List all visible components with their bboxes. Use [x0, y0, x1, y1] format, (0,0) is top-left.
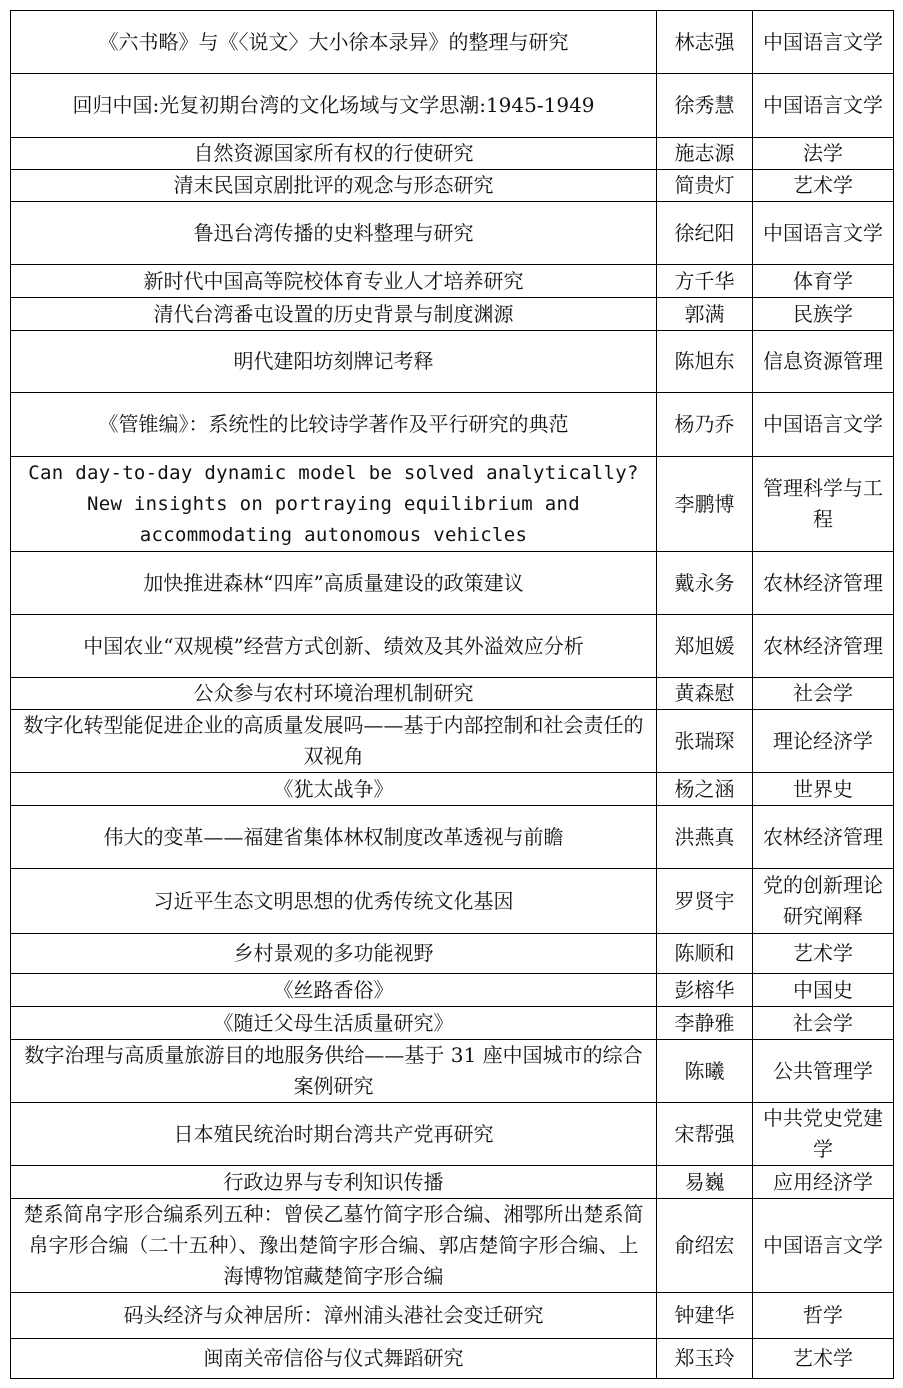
discipline-cell: 党的创新理论研究阐释: [753, 869, 894, 934]
project-title-cell: 《管锥编》：系统性的比较诗学著作及平行研究的典范: [11, 393, 657, 457]
author-cell: 李鹏博: [657, 457, 753, 552]
project-title-cell: 鲁迅台湾传播的史料整理与研究: [11, 202, 657, 265]
discipline-cell: 信息资源管理: [753, 331, 894, 393]
table-row: 自然资源国家所有权的行使研究施志源法学: [11, 138, 894, 170]
author-cell: 李静雅: [657, 1007, 753, 1040]
author-cell: 戴永务: [657, 552, 753, 615]
table-row: 日本殖民统治时期台湾共产党再研究宋帮强中共党史党建学: [11, 1103, 894, 1166]
table-row: 数字治理与高质量旅游目的地服务供给——基于 31 座中国城市的综合案例研究陈曦公…: [11, 1040, 894, 1103]
discipline-cell: 民族学: [753, 298, 894, 331]
discipline-cell: 艺术学: [753, 170, 894, 202]
author-cell: 郑玉玲: [657, 1339, 753, 1379]
discipline-cell: 法学: [753, 138, 894, 170]
project-title-cell: 回归中国:光复初期台湾的文化场域与文学思潮:1945-1949: [11, 74, 657, 138]
author-cell: 杨之涵: [657, 773, 753, 806]
discipline-cell: 艺术学: [753, 1339, 894, 1379]
author-cell: 简贵灯: [657, 170, 753, 202]
project-title-cell: 清末民国京剧批评的观念与形态研究: [11, 170, 657, 202]
project-title-cell: 新时代中国高等院校体育专业人才培养研究: [11, 265, 657, 298]
author-cell: 施志源: [657, 138, 753, 170]
author-cell: 郭满: [657, 298, 753, 331]
table-row: 《六书略》与《〈说文〉大小徐本录异》的整理与研究林志强中国语言文学: [11, 11, 894, 74]
author-cell: 徐纪阳: [657, 202, 753, 265]
table-row: 《犹太战争》杨之涵世界史: [11, 773, 894, 806]
project-title-cell: 乡村景观的多功能视野: [11, 934, 657, 974]
author-cell: 洪燕真: [657, 806, 753, 869]
project-table: 《六书略》与《〈说文〉大小徐本录异》的整理与研究林志强中国语言文学回归中国:光复…: [10, 10, 894, 1379]
author-cell: 易巍: [657, 1166, 753, 1199]
table-row: 回归中国:光复初期台湾的文化场域与文学思潮:1945-1949徐秀慧中国语言文学: [11, 74, 894, 138]
table-row: Can day-to-day dynamic model be solved a…: [11, 457, 894, 552]
author-cell: 罗贤宇: [657, 869, 753, 934]
project-title-cell: 中国农业“双规模”经营方式创新、绩效及其外溢效应分析: [11, 615, 657, 678]
author-cell: 钟建华: [657, 1293, 753, 1339]
table-row: 乡村景观的多功能视野陈顺和艺术学: [11, 934, 894, 974]
project-title-cell: Can day-to-day dynamic model be solved a…: [11, 457, 657, 552]
project-title-cell: 码头经济与众神居所：漳州浦头港社会变迁研究: [11, 1293, 657, 1339]
author-cell: 徐秀慧: [657, 74, 753, 138]
project-title-cell: 楚系简帛字形合编系列五种：曾侯乙墓竹简字形合编、湘鄂所出楚系简帛字形合编（二十五…: [11, 1199, 657, 1293]
author-cell: 杨乃乔: [657, 393, 753, 457]
discipline-cell: 中国语言文学: [753, 11, 894, 74]
table-row: 《管锥编》：系统性的比较诗学著作及平行研究的典范杨乃乔中国语言文学: [11, 393, 894, 457]
discipline-cell: 理论经济学: [753, 710, 894, 773]
table-row: 行政边界与专利知识传播易巍应用经济学: [11, 1166, 894, 1199]
table-row: 清末民国京剧批评的观念与形态研究简贵灯艺术学: [11, 170, 894, 202]
table-row: 鲁迅台湾传播的史料整理与研究徐纪阳中国语言文学: [11, 202, 894, 265]
table-row: 伟大的变革——福建省集体林权制度改革透视与前瞻洪燕真农林经济管理: [11, 806, 894, 869]
table-row: 新时代中国高等院校体育专业人才培养研究方千华体育学: [11, 265, 894, 298]
project-title-cell: 《六书略》与《〈说文〉大小徐本录异》的整理与研究: [11, 11, 657, 74]
discipline-cell: 管理科学与工程: [753, 457, 894, 552]
table-row: 中国农业“双规模”经营方式创新、绩效及其外溢效应分析郑旭媛农林经济管理: [11, 615, 894, 678]
author-cell: 黄森慰: [657, 678, 753, 710]
discipline-cell: 农林经济管理: [753, 806, 894, 869]
project-table-body: 《六书略》与《〈说文〉大小徐本录异》的整理与研究林志强中国语言文学回归中国:光复…: [11, 11, 894, 1379]
discipline-cell: 体育学: [753, 265, 894, 298]
discipline-cell: 中共党史党建学: [753, 1103, 894, 1166]
author-cell: 方千华: [657, 265, 753, 298]
project-title-cell: 日本殖民统治时期台湾共产党再研究: [11, 1103, 657, 1166]
project-title-cell: 《随迁父母生活质量研究》: [11, 1007, 657, 1040]
table-row: 码头经济与众神居所：漳州浦头港社会变迁研究钟建华哲学: [11, 1293, 894, 1339]
project-title-cell: 行政边界与专利知识传播: [11, 1166, 657, 1199]
project-title-cell: 加快推进森林“四库”高质量建设的政策建议: [11, 552, 657, 615]
table-row: 数字化转型能促进企业的高质量发展吗——基于内部控制和社会责任的双视角张瑞琛理论经…: [11, 710, 894, 773]
discipline-cell: 中国史: [753, 974, 894, 1007]
discipline-cell: 应用经济学: [753, 1166, 894, 1199]
project-title-cell: 清代台湾番屯设置的历史背景与制度渊源: [11, 298, 657, 331]
author-cell: 陈顺和: [657, 934, 753, 974]
discipline-cell: 艺术学: [753, 934, 894, 974]
project-title-cell: 明代建阳坊刻牌记考释: [11, 331, 657, 393]
discipline-cell: 中国语言文学: [753, 393, 894, 457]
discipline-cell: 农林经济管理: [753, 615, 894, 678]
table-row: 闽南关帝信俗与仪式舞蹈研究郑玉玲艺术学: [11, 1339, 894, 1379]
discipline-cell: 哲学: [753, 1293, 894, 1339]
table-row: 清代台湾番屯设置的历史背景与制度渊源郭满民族学: [11, 298, 894, 331]
author-cell: 俞绍宏: [657, 1199, 753, 1293]
project-title-cell: 数字化转型能促进企业的高质量发展吗——基于内部控制和社会责任的双视角: [11, 710, 657, 773]
author-cell: 宋帮强: [657, 1103, 753, 1166]
discipline-cell: 中国语言文学: [753, 74, 894, 138]
discipline-cell: 社会学: [753, 678, 894, 710]
project-title-cell: 闽南关帝信俗与仪式舞蹈研究: [11, 1339, 657, 1379]
author-cell: 林志强: [657, 11, 753, 74]
project-title-cell: 伟大的变革——福建省集体林权制度改革透视与前瞻: [11, 806, 657, 869]
discipline-cell: 中国语言文学: [753, 202, 894, 265]
discipline-cell: 公共管理学: [753, 1040, 894, 1103]
project-title-cell: 习近平生态文明思想的优秀传统文化基因: [11, 869, 657, 934]
project-title-cell: 自然资源国家所有权的行使研究: [11, 138, 657, 170]
project-title-cell: 《犹太战争》: [11, 773, 657, 806]
project-title-cell: 数字治理与高质量旅游目的地服务供给——基于 31 座中国城市的综合案例研究: [11, 1040, 657, 1103]
author-cell: 陈旭东: [657, 331, 753, 393]
table-row: 公众参与农村环境治理机制研究黄森慰社会学: [11, 678, 894, 710]
discipline-cell: 社会学: [753, 1007, 894, 1040]
table-row: 习近平生态文明思想的优秀传统文化基因罗贤宇党的创新理论研究阐释: [11, 869, 894, 934]
discipline-cell: 农林经济管理: [753, 552, 894, 615]
author-cell: 张瑞琛: [657, 710, 753, 773]
author-cell: 彭榕华: [657, 974, 753, 1007]
discipline-cell: 中国语言文学: [753, 1199, 894, 1293]
project-title-cell: 公众参与农村环境治理机制研究: [11, 678, 657, 710]
table-row: 《随迁父母生活质量研究》李静雅社会学: [11, 1007, 894, 1040]
table-row: 加快推进森林“四库”高质量建设的政策建议戴永务农林经济管理: [11, 552, 894, 615]
table-row: 楚系简帛字形合编系列五种：曾侯乙墓竹简字形合编、湘鄂所出楚系简帛字形合编（二十五…: [11, 1199, 894, 1293]
project-title-cell: 《丝路香俗》: [11, 974, 657, 1007]
author-cell: 郑旭媛: [657, 615, 753, 678]
author-cell: 陈曦: [657, 1040, 753, 1103]
table-row: 《丝路香俗》彭榕华中国史: [11, 974, 894, 1007]
table-row: 明代建阳坊刻牌记考释陈旭东信息资源管理: [11, 331, 894, 393]
discipline-cell: 世界史: [753, 773, 894, 806]
